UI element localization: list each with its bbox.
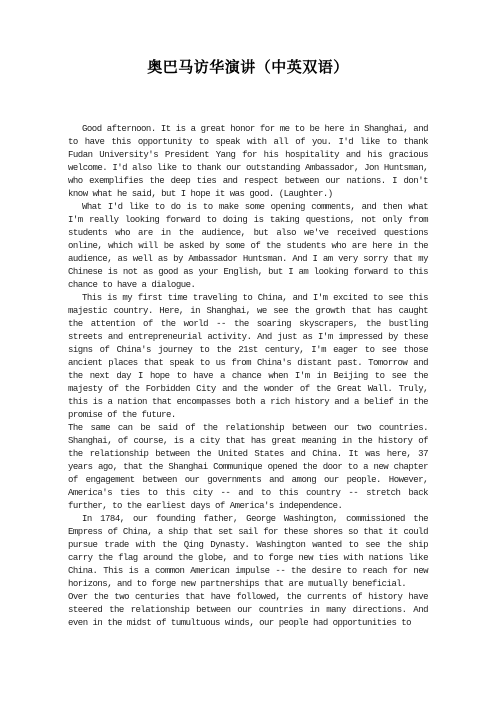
paragraph-relationship: The same can be said of the relationship… [68,422,428,513]
page-title: 奥巴马访华演讲（中英双语） [0,57,496,79]
paragraph-two-centuries: Over the two centuries that have followe… [68,591,428,630]
document-body: Good afternoon. It is a great honor for … [68,123,428,630]
paragraph-first-time-china: This is my first time traveling to China… [68,292,428,422]
document-page: 奥巴马访华演讲（中英双语） Good afternoon. It is a gr… [0,0,496,702]
paragraph-1784-washington: In 1784, our founding father, George Was… [68,513,428,591]
paragraph-greeting: Good afternoon. It is a great honor for … [68,123,428,201]
paragraph-opening-comments: What I'd like to do is to make some open… [68,201,428,292]
